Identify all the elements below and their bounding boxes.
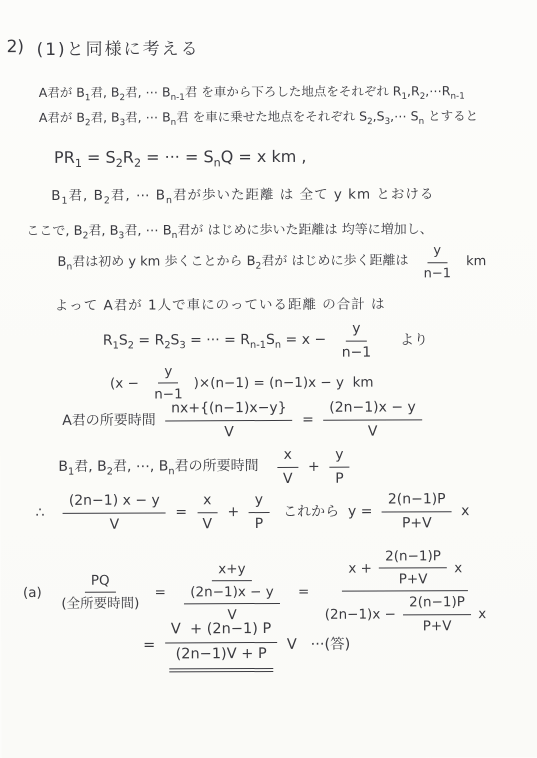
fraction: yP bbox=[249, 491, 270, 534]
line-drop: A君が B1君, B2君, ⋯ Bn-1君 を車から下ろした地点をそれぞれ R1… bbox=[39, 83, 465, 105]
line-bn-first: Bn君は初め y km 歩くことから B2君が はじめに歩く距離は yn−1 k… bbox=[57, 242, 486, 284]
handwritten-page: 2) (1)と同様に考えるA君が B1君, B2君, ⋯ Bn-1君 を車から下… bbox=[0, 0, 537, 758]
fraction: 2(n−1)PP+V bbox=[403, 594, 471, 636]
line-heading: (1)と同様に考える bbox=[37, 38, 200, 62]
fraction: xV bbox=[196, 491, 218, 534]
line-pick: A君が B2君, B3君, ⋯ Bn君 を車に乗せた地点をそれぞれ S2,S3,… bbox=[39, 108, 478, 130]
fraction: (2n−1) x − yV bbox=[63, 491, 166, 534]
fraction: 2(n−1)PP+V bbox=[382, 490, 452, 533]
line-a-time: A君の所要時間 nx+{(n−1)x−y}V = (2n−1)x − yV bbox=[62, 398, 427, 442]
fraction: PQ(全所要時間) bbox=[55, 572, 145, 614]
fraction: xV bbox=[277, 446, 299, 489]
fraction: x+y(2n−1)x − yV bbox=[175, 560, 289, 625]
solution-lines: (1)と同様に考えるA君が B1君, B2君, ⋯ Bn-1君 を車から下ろした… bbox=[0, 0, 535, 1]
fraction: nx+{(n−1)x−y}V bbox=[165, 399, 293, 442]
line-pr: PR1 = S2R2 = ··· = SnQ = x km , bbox=[54, 146, 307, 171]
fraction: yn−1 bbox=[417, 242, 457, 282]
fraction: 2(n−1)PP+V bbox=[379, 547, 447, 589]
line-koko: ここで, B2君, B3君, ⋯ Bn君が はじめに歩いた距離は 均等に増加し、 bbox=[26, 221, 432, 243]
fraction: (2n−1)x − yV bbox=[323, 398, 422, 441]
problem-number: 2) bbox=[7, 37, 25, 57]
line-rs: R1S2 = R2S3 = ··· = Rn-1Sn = x − yn−1 より bbox=[103, 319, 428, 363]
fraction: yP bbox=[329, 446, 350, 489]
line-therefore: ∴ (2n−1) x − yV = xV + yP これから y = 2(n−1… bbox=[35, 490, 469, 535]
fraction: yn−1 bbox=[148, 362, 189, 404]
line-yotte: よって A君が 1人で車にのっている距離 の合計 は bbox=[55, 295, 386, 315]
fraction: (2n−1)x − yV bbox=[184, 583, 280, 625]
fraction: V + (2n−1) P(2n−1)V + P bbox=[165, 620, 278, 673]
line-final: = V + (2n−1) P(2n−1)V + P V ···(答) bbox=[143, 620, 350, 673]
line-b-time: B1君, B2君, ⋯, Bn君の所要時間 xV + yP bbox=[58, 446, 354, 490]
fraction: yn−1 bbox=[336, 320, 378, 363]
line-walk: B1君, B2君, ⋯ Bn君が歩いた距離 は 全て y km とおける bbox=[51, 185, 434, 208]
